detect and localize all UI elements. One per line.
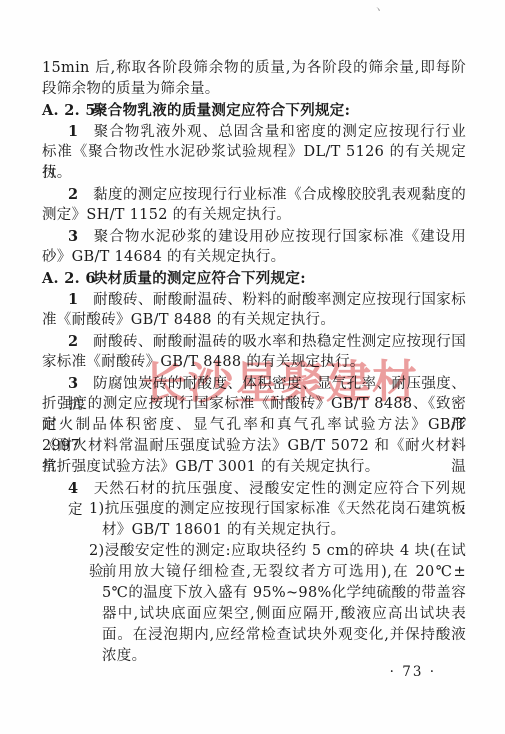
text-segment: 浓度。 bbox=[102, 648, 146, 664]
text-segment: 聚合物乳液的质量测定应符合下列规定: bbox=[93, 102, 350, 119]
text-line: 标准《聚合物改性水泥砂浆试验规程》DL/T 5126 的有关规定执 bbox=[42, 142, 466, 163]
text-segment: 黏度的测定应按现行行业标准《合成橡胶胶乳表观黏度的 bbox=[93, 187, 466, 203]
text-line: A. 2. 6块材质量的测定应符合下列规定: bbox=[42, 268, 466, 289]
page-number: · 73 · bbox=[42, 664, 466, 680]
clause-number: 1 bbox=[68, 289, 93, 310]
text-segment: 15min 后,称取各阶段筛余物的质量,为各阶段的筛余量,即每阶 bbox=[42, 60, 466, 76]
text-line: 耐火制品体积密度、显气孔率和真气孔率试验方法》GB/T 2997、 bbox=[42, 415, 466, 436]
text-segment: 器中,试块底面应架空,侧面应隔开,酸液应高出试块表 bbox=[102, 606, 466, 622]
text-line: 器中,试块底面应架空,侧面应隔开,酸液应高出试块表 bbox=[42, 604, 466, 625]
text-segment: 段筛余物的质量为筛余量。 bbox=[42, 81, 220, 97]
clause-number: A. 2. 5 bbox=[42, 100, 93, 121]
text-line: 段筛余物的质量为筛余量。 bbox=[42, 79, 466, 100]
text-segment: 块材质量的测定应符合下列规定: bbox=[93, 270, 306, 287]
text-line: 3防腐蚀炭砖的耐酸度、体积密度、显气孔率、耐压强度、抗 bbox=[42, 373, 466, 394]
scanned-document-page: ヽ 15min 后,称取各阶段筛余物的质量,为各阶段的筛余量,即每阶段筛余物的质… bbox=[0, 0, 505, 734]
text-segment: 面。在浸泡期内,应经常检查试块外观变化,并保持酸液 bbox=[102, 627, 466, 643]
text-line: 3聚合物水泥砂浆的建设用砂应按现行国家标准《建设用 bbox=[42, 226, 466, 247]
text-line: 1)抗压强度的测定应按现行国家标准《天然花岗石建筑板 bbox=[42, 499, 466, 520]
text-line: 2)浸酸安定性的测定:应取块径约 5 cm的碎块 4 块(在试验 bbox=[42, 541, 466, 562]
text-segment: 测定》SH/T 1152 的有关规定执行。 bbox=[42, 207, 291, 223]
text-line: 1耐酸砖、耐酸耐温砖、粉料的耐酸率测定应按现行国家标 bbox=[42, 289, 466, 310]
text-line: 测定》SH/T 1152 的有关规定执行。 bbox=[42, 205, 466, 226]
text-segment: 5℃的温度下放入盛有 95%~98%化学纯硫酸的带盖容 bbox=[102, 585, 466, 601]
text-line: 2耐酸砖、耐酸耐温砖的吸水率和热稳定性测定应按现行国 bbox=[42, 331, 466, 352]
text-line: 1聚合物乳液外观、总固含量和密度的测定应按现行行业 bbox=[42, 121, 466, 142]
scan-artifact: ヽ bbox=[373, 1, 383, 16]
text-line: 5℃的温度下放入盛有 95%~98%化学纯硫酸的带盖容 bbox=[42, 583, 466, 604]
text-line: 准《耐酸砖》GB/T 8488 的有关规定执行。 bbox=[42, 310, 466, 331]
text-line: 4天然石材的抗压强度、浸酸安定性的测定应符合下列规定: bbox=[42, 478, 466, 499]
text-segment: 聚合物乳液外观、总固含量和密度的测定应按现行行业 bbox=[93, 124, 466, 140]
text-segment: 家标准《耐酸砖》GB/T 8488 的有关规定执行。 bbox=[42, 354, 365, 370]
text-line: 材》GB/T 18601 的有关规定执行。 bbox=[42, 520, 466, 541]
clause-number: 3 bbox=[68, 226, 93, 247]
text-segment: 准《耐酸砖》GB/T 8488 的有关规定执行。 bbox=[42, 312, 335, 328]
text-segment: 抗折强度试验方法》GB/T 3001 的有关规定执行。 bbox=[42, 459, 380, 475]
text-line: 行。 bbox=[42, 163, 466, 184]
clause-number: 1 bbox=[68, 121, 93, 142]
text-segment: 砂》GB/T 14684 的有关规定执行。 bbox=[42, 249, 285, 265]
text-segment: 行。 bbox=[42, 165, 72, 181]
text-segment: 前用放大镜仔细检查,无裂纹者方可选用),在 20℃± bbox=[102, 564, 466, 580]
text-line: 面。在浸泡期内,应经常检查试块外观变化,并保持酸液 bbox=[42, 625, 466, 646]
document-text: 15min 后,称取各阶段筛余物的质量,为各阶段的筛余量,即每阶段筛余物的质量为… bbox=[42, 58, 466, 667]
text-segment: 耐酸砖、耐酸耐温砖的吸水率和热稳定性测定应按现行国 bbox=[93, 334, 466, 350]
clause-number: 2 bbox=[68, 331, 93, 352]
text-line: 砂》GB/T 14684 的有关规定执行。 bbox=[42, 247, 466, 268]
text-line: A. 2. 5聚合物乳液的质量测定应符合下列规定: bbox=[42, 100, 466, 121]
text-segment: 1)抗压强度的测定应按现行国家标准《天然花岗石建筑板 bbox=[89, 501, 466, 517]
text-segment: 聚合物水泥砂浆的建设用砂应按现行国家标准《建设用 bbox=[93, 229, 466, 245]
text-line: 2黏度的测定应按现行行业标准《合成橡胶胶乳表观黏度的 bbox=[42, 184, 466, 205]
text-line: 折强度的测定应按现行国家标准《耐酸砖》GB/T 8488、《致密定形 bbox=[42, 394, 466, 415]
clause-number: 2 bbox=[68, 184, 93, 205]
text-line: 15min 后,称取各阶段筛余物的质量,为各阶段的筛余量,即每阶 bbox=[42, 58, 466, 79]
clause-number: 3 bbox=[68, 373, 93, 394]
clause-number: A. 2. 6 bbox=[42, 268, 93, 289]
clause-number: 4 bbox=[68, 478, 93, 499]
text-line: 前用放大镜仔细检查,无裂纹者方可选用),在 20℃± bbox=[42, 562, 466, 583]
text-segment: 耐酸砖、耐酸耐温砖、粉料的耐酸率测定应按现行国家标 bbox=[93, 292, 466, 308]
text-segment: 材》GB/T 18601 的有关规定执行。 bbox=[102, 522, 345, 538]
text-line: 家标准《耐酸砖》GB/T 8488 的有关规定执行。 bbox=[42, 352, 466, 373]
text-line: 《耐火材料常温耐压强度试验方法》GB/T 5072 和《耐火材料常温 bbox=[42, 436, 466, 457]
